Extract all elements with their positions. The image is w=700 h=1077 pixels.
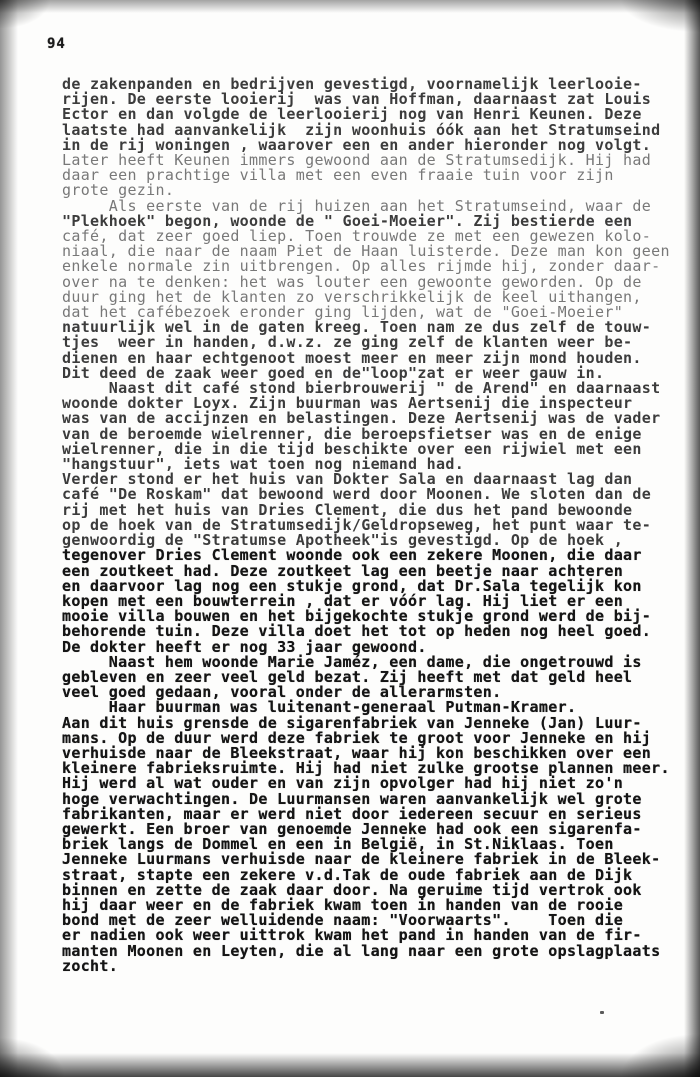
text-line: manten Moonen en Leyten, die al lang naa…: [62, 944, 672, 959]
page-number: 94: [47, 36, 66, 52]
text-body: de zakenpanden en bedrijven gevestigd, v…: [62, 77, 672, 974]
ink-speck: [600, 1011, 604, 1014]
scanned-document-page: 94 de zakenpanden en bedrijven gevestigd…: [0, 0, 700, 1077]
text-line: genwoordig de "Stratumse Apotheek"is gev…: [62, 533, 672, 548]
text-line: zocht.: [62, 959, 672, 974]
